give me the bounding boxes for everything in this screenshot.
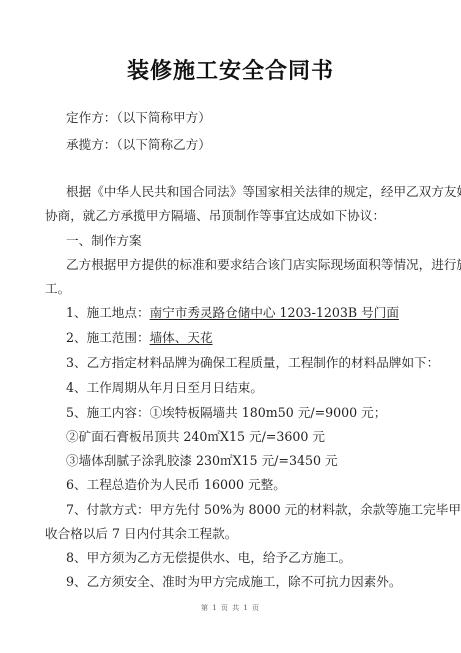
item-material-brand: 3、乙方指定材料品牌为确保工程质量，工程制作的材料品牌如下：	[66, 355, 417, 371]
party-b-line: 承揽方：（以下简称乙方）	[66, 137, 417, 153]
section-1-intro-line-1: 乙方根据甲方提供的标准和要求结合该门店实际现场面积等情况，进行施	[66, 257, 417, 273]
party-a-line: 定作方：（以下简称甲方）	[66, 110, 417, 126]
item-label: 1、施工地点：	[66, 305, 150, 320]
item-label: 2、施工范围：	[66, 330, 150, 345]
item-construction-scope: 2、施工范围：墙体、天花	[66, 330, 417, 346]
section-1-intro-line-2: 工。	[45, 281, 417, 297]
page-footer: 第 1 页 共 1 页	[0, 603, 461, 613]
item-wall-paint: ③墙体刮腻子涂乳胶漆 230㎡X15 元/=3450 元	[66, 453, 417, 469]
preamble-line-2: 协商，就乙方承揽甲方隔墙、吊顶制作等事宜达成如下协议：	[45, 208, 417, 224]
item-construction-content: 5、施工内容：①埃特板隔墙共 180m50 元/=9000 元；	[66, 405, 417, 421]
item-payment-line-1: 7、付款方式：甲方先付 50%为 8000 元的材料款，余款等施工完毕甲方验	[66, 502, 417, 518]
section-1-heading: 一、制作方案	[66, 233, 417, 249]
item-safety: 9、乙方须安全、准时为甲方完成施工，除不可抗力因素外。	[66, 574, 417, 590]
item-ceiling: ②矿面石膏板吊顶共 240㎡X15 元/=3600 元	[66, 429, 417, 445]
construction-location-value: 南宁市秀灵路仓储中心 1203-1203B 号门面	[150, 305, 399, 320]
construction-scope-value: 墙体、天花	[150, 330, 213, 345]
item-construction-location: 1、施工地点：南宁市秀灵路仓储中心 1203-1203B 号门面	[66, 305, 417, 321]
document-title: 装修施工安全合同书	[0, 54, 461, 85]
item-total-cost: 6、工程总造价为人民币 16000 元整。	[66, 477, 417, 493]
preamble-line-1: 根据《中华人民共和国合同法》等国家相关法律的规定，经甲乙双方友好	[66, 184, 417, 200]
item-work-period: 4、工作周期从年月日至月日结束。	[66, 380, 417, 396]
item-payment-line-2: 收合格以后 7 日内付其余工程款。	[45, 526, 417, 542]
item-utilities: 8、甲方须为乙方无偿提供水、电，给予乙方施工。	[66, 550, 417, 566]
document-page: 装修施工安全合同书 定作方：（以下简称甲方） 承揽方：（以下简称乙方） 根据《中…	[0, 0, 461, 653]
